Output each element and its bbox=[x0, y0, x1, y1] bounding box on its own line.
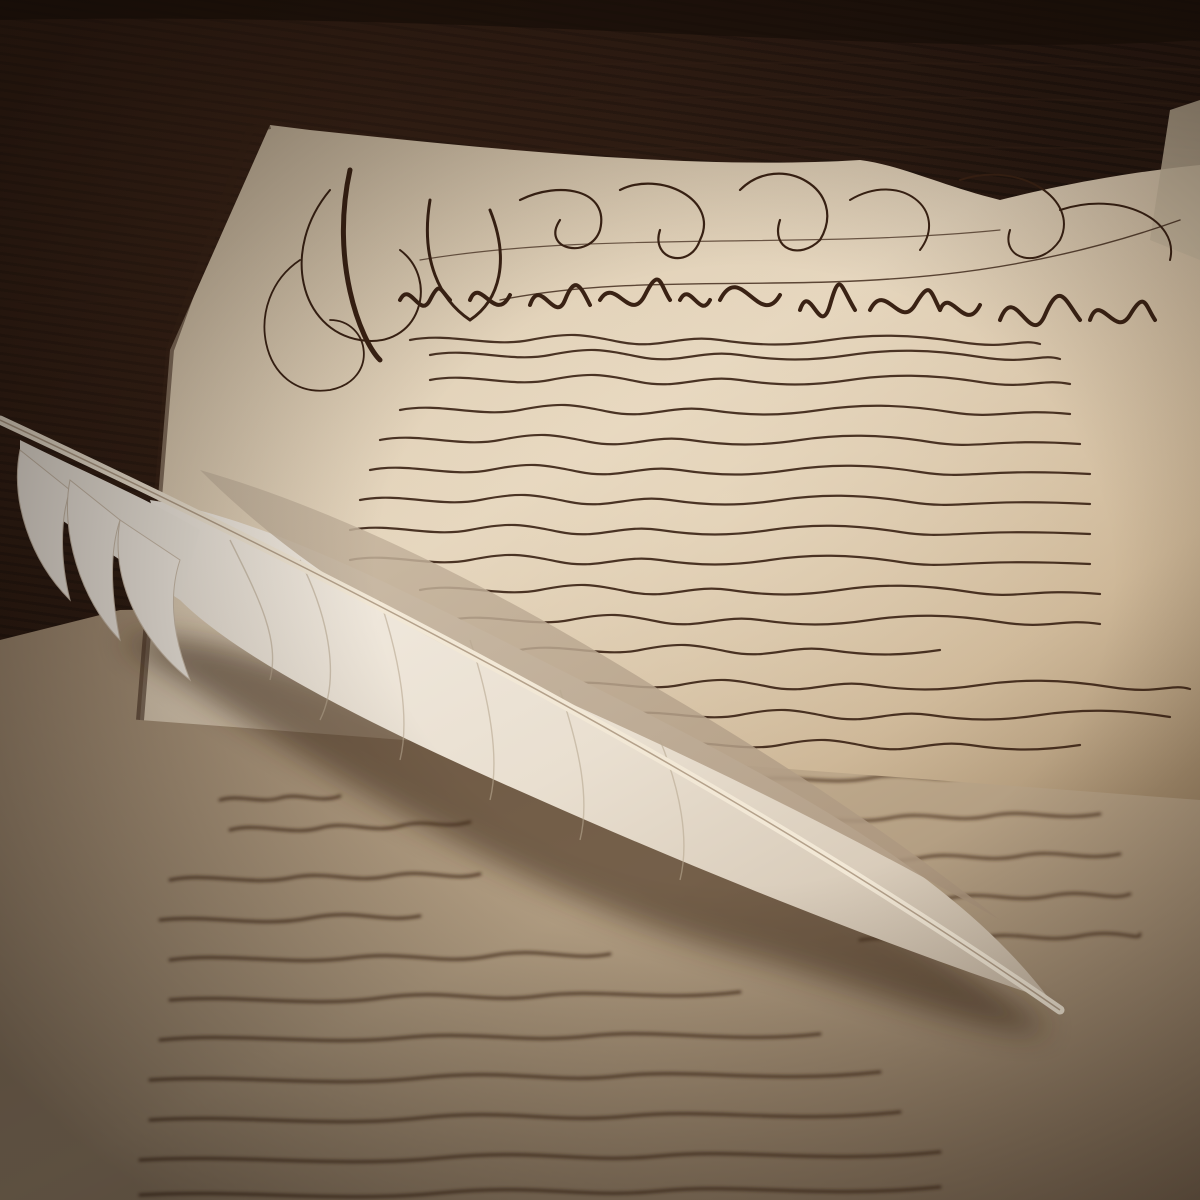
photograph-scene: Wir Anthon Günther Graf zu Oldenburg und… bbox=[0, 0, 1200, 1200]
quill-feather bbox=[0, 0, 1200, 1200]
